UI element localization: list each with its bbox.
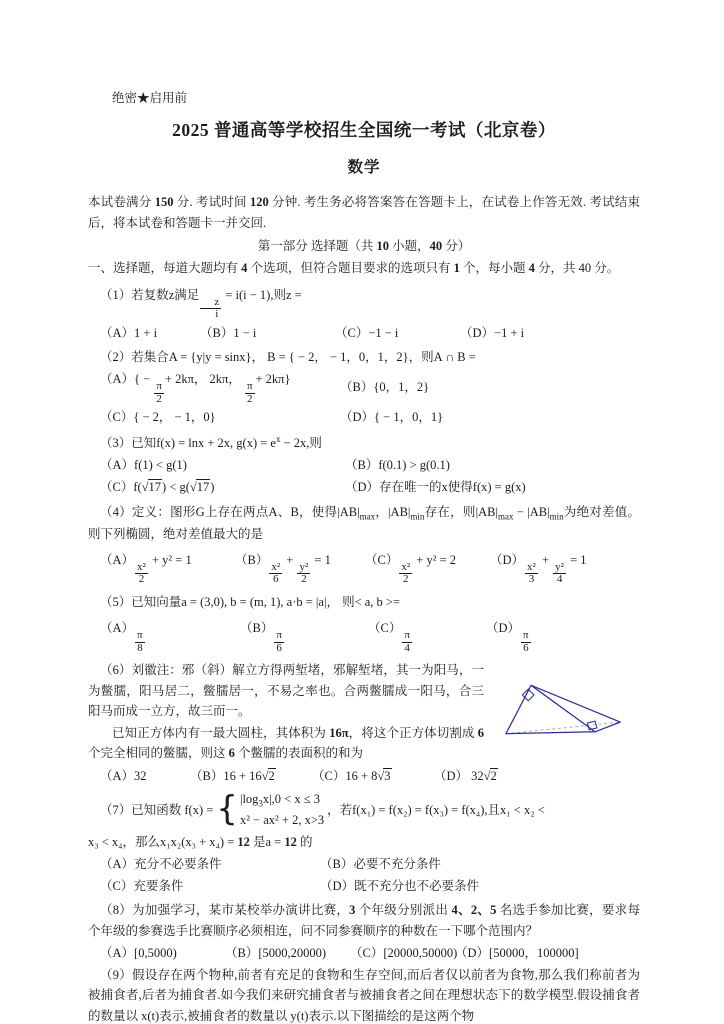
option-b: （B）π6 <box>240 618 368 654</box>
question-stem: （1）若复数z满足zi = i(i − 1),则z = <box>88 285 640 321</box>
options-row: （A）32 （B）16 + 16√2 （C）16 + 8√3 （D） 32√2 <box>88 766 640 786</box>
option-b: （B）必要不充分条件 <box>320 854 640 874</box>
option-d: （D）既不充分也不必要条件 <box>320 876 640 896</box>
option-d: （D）[50000，100000] <box>455 943 640 963</box>
option-c: （C）π4 <box>368 618 486 654</box>
option-d: （D） 32√2 <box>434 766 640 786</box>
question-stem: （2）若集合A = {y|y = sinx}， B = { − 2， − 1，0… <box>88 347 640 367</box>
question-8: （8）为加强学习，某市某校举办演讲比赛，3 个年级分别派出 4、2、5 名选手参… <box>88 900 640 963</box>
options-row: （A）充分不必要条件 （B）必要不充分条件 <box>88 854 640 874</box>
option-a: （A）π8 <box>100 618 240 654</box>
left-brace: { <box>216 794 238 825</box>
case-line-1: |log3x|,0 < x ≤ 3 <box>240 790 324 811</box>
option-a: （A）32 <box>100 766 190 786</box>
question-4: （4）定义：图形G上存在两点A、B，使得|AB|max，|AB|min存在，则|… <box>88 502 640 586</box>
piecewise-function: { |log3x|,0 < x ≤ 3 x² − ax² + 2, x>3 <box>216 790 324 830</box>
question-stem: （3）已知f(x) = lnx + 2x, g(x) = ex − 2x,则 <box>88 432 640 453</box>
classification-label: 绝密★启用前 <box>88 88 640 108</box>
options-row: （A）[0,5000) （B）[5000,20000) （C）[20000,50… <box>88 943 640 963</box>
option-c: （C）16 + 8√3 <box>312 766 434 786</box>
subject-title: 数学 <box>88 155 640 180</box>
stem-suffix: ，若f(x₁) = f(x₂) = f(x₃) = f(x₄),且x₁ < x₂… <box>327 800 545 820</box>
exam-notice: 本试卷满分 150 分. 考试时间 120 分钟. 考生务必将答案答在答题卡上，… <box>88 192 640 235</box>
options-row: （C）充要条件 （D）既不充分也不必要条件 <box>88 876 640 896</box>
option-c: （C）{ − 2， − 1，0} <box>100 407 340 427</box>
option-b: （B）[5000,20000) <box>225 943 350 963</box>
option-d: （D）存在唯一的x使得f(x) = g(x) <box>345 477 640 497</box>
option-a: （A）x²2 + y² = 1 <box>100 550 235 586</box>
option-b: （B）x²6 + y²2 = 1 <box>235 550 365 586</box>
section-heading: 第一部分 选择题（共 10 小题，40 分） <box>88 236 640 256</box>
question-3: （3）已知f(x) = lnx + 2x, g(x) = ex − 2x,则 （… <box>88 432 640 498</box>
question-2: （2）若集合A = {y|y = sinx}， B = { − 2， − 1，0… <box>88 347 640 428</box>
option-c: （C）f(√17) < g(√17) <box>100 477 345 497</box>
option-d: （D）π6 <box>486 618 640 654</box>
option-c: （C）[20000,50000) <box>350 943 455 963</box>
option-b: （B）1 − i <box>200 323 335 343</box>
options-row: （A）x²2 + y² = 1 （B）x²6 + y²2 = 1 （C）x²2 … <box>88 550 640 586</box>
question-stem: （7）已知函数 f(x) = { |log3x|,0 < x ≤ 3 x² − … <box>88 790 640 830</box>
option-a: （A）1 + i <box>100 323 200 343</box>
stem-line-2: x₃ < x₄，那么x₁x₂(x₃ + x₄) = 12 是a = 12 的 <box>88 832 640 852</box>
option-c: （C）x²2 + y² = 2 <box>365 550 490 586</box>
question-5: （5）已知向量a = (3,0), b = (m, 1), a·b = |a|，… <box>88 592 640 654</box>
options-row: （A）π8 （B）π6 （C）π4 （D）π6 <box>88 618 640 654</box>
question-stem: （5）已知向量a = (3,0), b = (m, 1), a·b = |a|，… <box>88 592 640 612</box>
option-c: （C）−1 − i <box>335 323 460 343</box>
question-7: （7）已知函数 f(x) = { |log3x|,0 < x ≤ 3 x² − … <box>88 790 640 897</box>
options-row: （A）{ − π2+ 2kπ， 2kπ， π2+ 2kπ} （B）{0，1，2} <box>88 369 640 405</box>
exam-title: 2025 普通高等学校招生全国统一考试（北京卷） <box>88 116 640 144</box>
option-a: （A）充分不必要条件 <box>100 854 320 874</box>
options-row: （C）{ − 2， − 1，0} （D）{ − 1，0，1} <box>88 407 640 427</box>
option-d: （D）x²3 + y²4 = 1 <box>490 550 640 586</box>
exam-page: 绝密★启用前 2025 普通高等学校招生全国统一考试（北京卷） 数学 本试卷满分… <box>0 0 724 1024</box>
case-line-2: x² − ax² + 2, x>3 <box>240 811 324 830</box>
part-intro: 一、选择题，每道大题均有 4 个选项，但符合题目要求的选项只有 1 个，每小题 … <box>88 258 640 278</box>
option-b: （B）f(0.1) > g(0.1) <box>345 455 640 475</box>
stem-prefix: （7）已知函数 f(x) = <box>100 800 213 820</box>
tetrahedron-figure <box>490 664 640 756</box>
option-b: （B）{0，1，2} <box>340 377 640 397</box>
options-row: （A）1 + i （B）1 − i （C）−1 − i （D）−1 + i <box>88 323 640 343</box>
option-a: （A）[0,5000) <box>100 943 225 963</box>
option-a: （A）f(1) < g(1) <box>100 455 345 475</box>
exam-content: 绝密★启用前 2025 普通高等学校招生全国统一考试（北京卷） 数学 本试卷满分… <box>88 88 640 1024</box>
question-9: （9）假设存在两个物种,前者有充足的食物和生存空间,而后者仅以前者为食物,那么我… <box>88 965 640 1024</box>
question-stem: （9）假设存在两个物种,前者有充足的食物和生存空间,而后者仅以前者为食物,那么我… <box>88 965 640 1024</box>
option-c: （C）充要条件 <box>100 876 320 896</box>
options-row: （C）f(√17) < g(√17) （D）存在唯一的x使得f(x) = g(x… <box>88 477 640 497</box>
question-stem: （4）定义：图形G上存在两点A、B，使得|AB|max，|AB|min存在，则|… <box>88 502 640 544</box>
question-1: （1）若复数z满足zi = i(i − 1),则z = （A）1 + i （B）… <box>88 285 640 343</box>
question-stem: （8）为加强学习，某市某校举办演讲比赛，3 个年级分别派出 4、2、5 名选手参… <box>88 900 640 941</box>
option-d: （D）−1 + i <box>460 323 640 343</box>
option-b: （B）16 + 16√2 <box>190 766 312 786</box>
option-d: （D）{ − 1，0，1} <box>340 407 640 427</box>
question-6: （6）刘徽注：邪（斜）解立方得两堑堵，邪解堑堵，其一为阳马，一为鳖臑，阳马居二，… <box>88 660 640 786</box>
options-row: （A）f(1) < g(1) （B）f(0.1) > g(0.1) <box>88 455 640 475</box>
option-a: （A）{ − π2+ 2kπ， 2kπ， π2+ 2kπ} <box>100 369 340 405</box>
